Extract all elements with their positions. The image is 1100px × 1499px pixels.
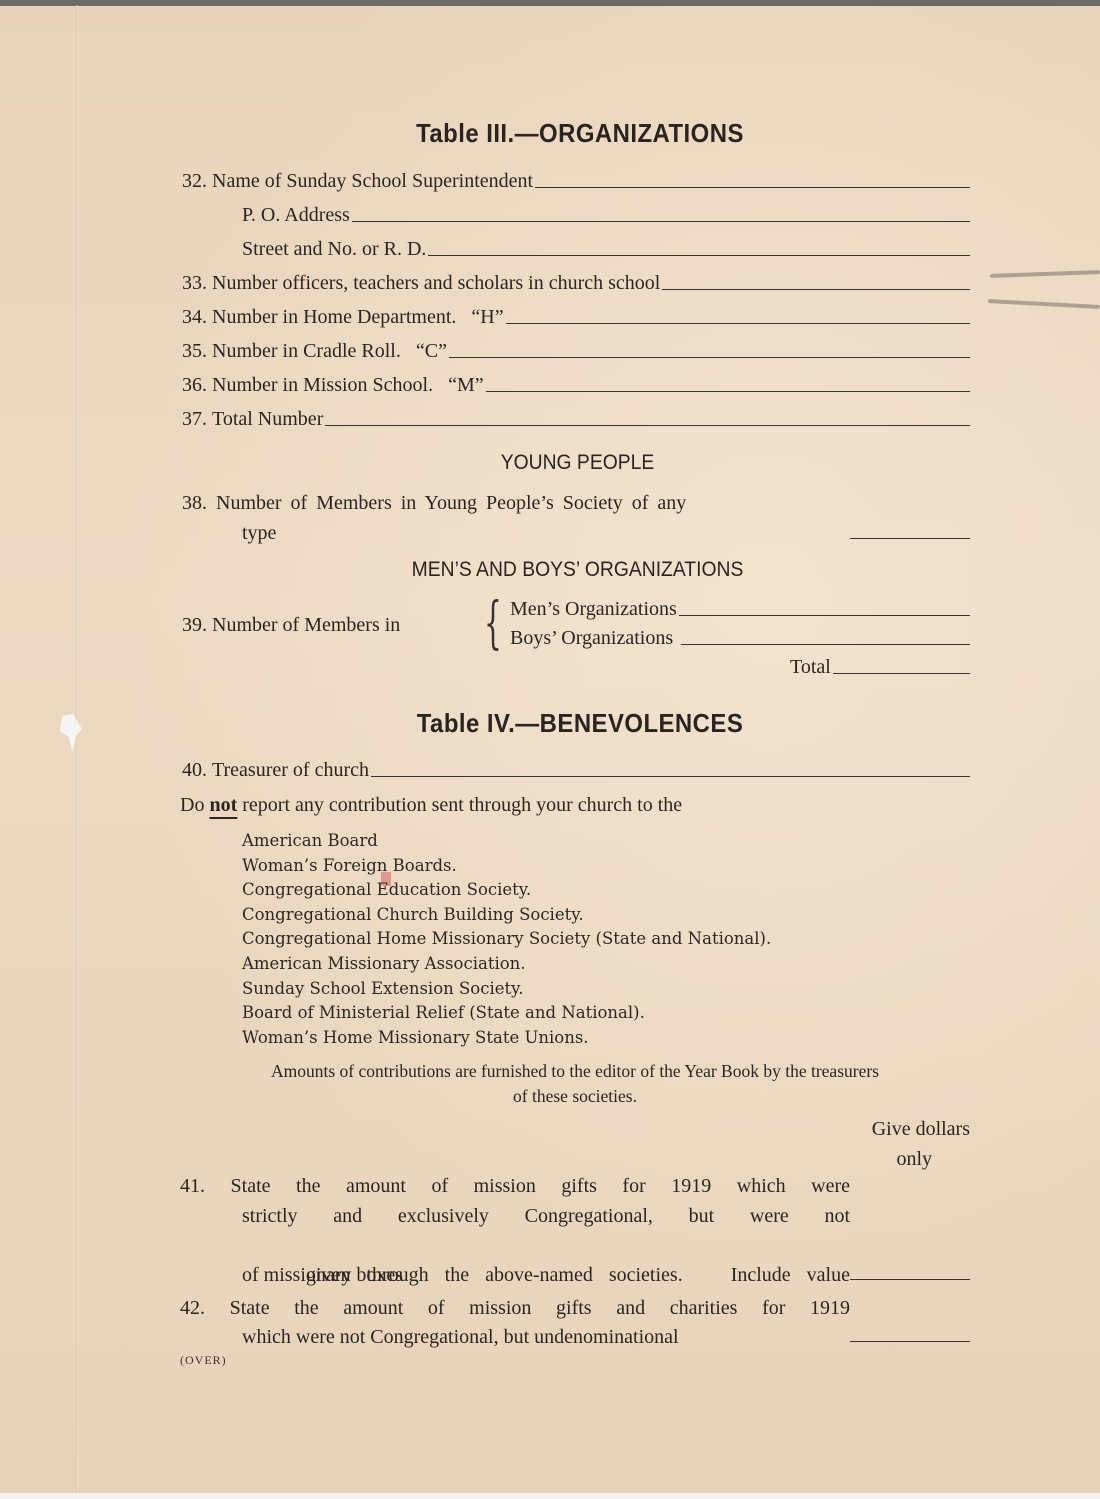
q41-line4: of missionary boxes	[242, 1264, 403, 1286]
q39-text: 39. Number of Members in	[182, 610, 400, 640]
mens-organizations-row: Men’s Organizations	[510, 598, 970, 621]
q41-line2: strictly and exclusively Congregational,…	[242, 1205, 850, 1227]
boys-organizations-answer-line[interactable]	[681, 643, 970, 645]
q32-answer-line[interactable]	[535, 186, 970, 188]
q35-answer-line[interactable]	[449, 356, 970, 358]
street-row: Street and No. or R. D.	[242, 238, 970, 261]
q34-number: 34.	[182, 306, 207, 329]
form-content: Table III.—ORGANIZATIONS 32. Name of Sun…	[0, 0, 1100, 1499]
society-item: Sunday School Extension Society.	[242, 977, 771, 1002]
society-item: Board of Ministerial Relief (State and N…	[242, 1001, 771, 1026]
over-page-marker: (OVER)	[180, 1353, 227, 1368]
mens-organizations-label: Men’s Organizations	[510, 598, 677, 621]
society-item: Woman’s Foreign Boards.	[242, 854, 771, 879]
do-not-report-instruction: Do not report any contribution sent thro…	[180, 790, 682, 820]
table4-title: Table IV.—BENEVOLENCES	[46, 708, 1100, 739]
q42-line2-wrap: which were not Congregational, but unden…	[242, 1322, 679, 1352]
q40-answer-line[interactable]	[371, 775, 970, 777]
po-address-label: P. O. Address	[242, 204, 350, 227]
society-list: American Board Woman’s Foreign Boards. C…	[242, 829, 771, 1050]
q35-row: 35. Number in Cradle Roll. “C”	[182, 340, 970, 363]
q42-line1-wrap: 42. State the amount of mission gifts an…	[180, 1293, 850, 1323]
q37-number: 37.	[182, 408, 207, 431]
young-people-heading: YOUNG PEOPLE	[46, 451, 1100, 475]
do-not-suffix: report any contribution sent through you…	[237, 794, 682, 816]
q36-label: Number in Mission School. “M”	[212, 374, 484, 397]
q41-line1: State the amount of mission gifts for 19…	[231, 1175, 851, 1197]
society-item: American Missionary Association.	[242, 952, 771, 977]
q38-answer-line[interactable]	[850, 538, 970, 539]
q38-text: 38. Number of Members in Young People’s …	[182, 488, 862, 518]
boys-organizations-row: Boys’ Organizations	[510, 627, 970, 650]
q41-number: 41.	[180, 1175, 205, 1197]
street-label: Street and No. or R. D.	[242, 238, 426, 261]
q42-line2: which were not Congregational, but unden…	[242, 1326, 679, 1348]
q35-label: Number in Cradle Roll. “C”	[212, 340, 447, 363]
contributions-note: Amounts of contributions are furnished t…	[170, 1059, 980, 1109]
do-not-emphasis: not	[209, 794, 237, 816]
q36-row: 36. Number in Mission School. “M”	[182, 374, 970, 397]
q38-line1: Number of Members in Young People’s Soci…	[216, 492, 686, 514]
q41-line1-wrap: 41. State the amount of mission gifts fo…	[180, 1171, 850, 1201]
q41-answer-line[interactable]	[850, 1279, 970, 1280]
q37-row: 37. Total Number	[182, 408, 970, 431]
q34-answer-line[interactable]	[506, 322, 970, 324]
q34-row: 34. Number in Home Department. “H”	[182, 306, 970, 329]
society-item: Congregational Home Missionary Society (…	[242, 927, 771, 952]
society-item: Congregational Education Society.	[242, 878, 771, 903]
q41-line2-wrap: strictly and exclusively Congregational,…	[242, 1201, 850, 1231]
q34-label: Number in Home Department. “H”	[212, 306, 504, 329]
q38-number: 38.	[182, 492, 207, 514]
give-dollars-line2: only	[872, 1144, 970, 1174]
q40-label: Treasurer of church	[212, 759, 369, 782]
boys-organizations-label: Boys’ Organizations	[510, 627, 673, 650]
q39-label: Number of Members in	[212, 614, 400, 636]
society-item: Woman’s Home Missionary State Unions.	[242, 1026, 771, 1051]
q38-line2-wrap: type	[242, 518, 276, 548]
po-address-answer-line[interactable]	[352, 220, 970, 222]
society-item: Congregational Church Building Society.	[242, 903, 771, 928]
q42-number: 42.	[180, 1297, 205, 1319]
do-not-prefix: Do	[180, 794, 209, 816]
society-item: American Board	[242, 829, 771, 854]
q33-row: 33. Number officers, teachers and schola…	[182, 272, 970, 295]
q40-number: 40.	[182, 759, 207, 782]
q35-number: 35.	[182, 340, 207, 363]
contributions-note-line1: Amounts of contributions are furnished t…	[170, 1059, 980, 1084]
total-answer-line[interactable]	[833, 672, 970, 674]
street-answer-line[interactable]	[428, 254, 970, 256]
mens-organizations-answer-line[interactable]	[679, 614, 970, 616]
q38-line2: type	[242, 522, 276, 544]
po-address-row: P. O. Address	[242, 204, 970, 227]
q40-row: 40. Treasurer of church	[182, 759, 970, 782]
q32-number: 32.	[182, 170, 207, 193]
contributions-note-line2: of these societies.	[170, 1084, 980, 1109]
mens-boys-heading: MEN’S AND BOYS’ ORGANIZATIONS	[46, 558, 1100, 582]
q37-answer-line[interactable]	[325, 424, 970, 426]
total-row: Total	[790, 656, 970, 679]
q33-answer-line[interactable]	[662, 288, 970, 290]
q33-label: Number officers, teachers and scholars i…	[212, 272, 660, 295]
brace-symbol: {	[484, 596, 502, 652]
q32-row: 32. Name of Sunday School Superintendent	[182, 170, 970, 193]
table3-title: Table III.—ORGANIZATIONS	[46, 118, 1100, 149]
q42-line1: State the amount of mission gifts and ch…	[230, 1297, 850, 1319]
give-dollars-line1: Give dollars	[872, 1114, 970, 1144]
q42-answer-line[interactable]	[850, 1341, 970, 1342]
give-dollars-only-label: Give dollars only	[872, 1114, 970, 1174]
q32-label: Name of Sunday School Superintendent	[212, 170, 533, 193]
total-label: Total	[790, 656, 831, 679]
q41-line4-wrap: of missionary boxes	[242, 1260, 403, 1290]
q33-number: 33.	[182, 272, 207, 295]
q36-answer-line[interactable]	[486, 390, 970, 392]
q36-number: 36.	[182, 374, 207, 397]
q39-number: 39.	[182, 614, 207, 636]
q37-label: Total Number	[212, 408, 323, 431]
